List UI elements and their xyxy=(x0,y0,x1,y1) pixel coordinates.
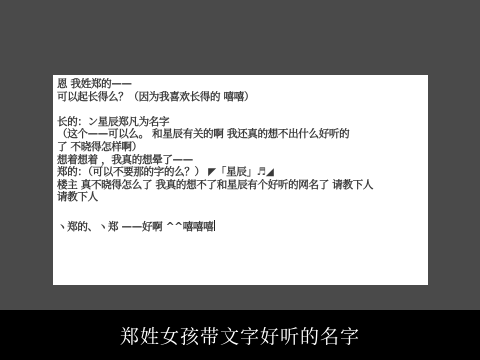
text-line: 了 不晓得怎样啊） xyxy=(57,141,424,154)
text-line: 郑的：（可以不要那的字的么？） ◤「星辰」♬◢ xyxy=(57,166,424,179)
text-line: 楼主 真不晓得怎么了 我真的想不了和星辰有个好听的网名了 请教下人 xyxy=(57,179,424,192)
text-panel: 恩 我姓郑的—— 可以起长得么？（因为我喜欢长得的 嘻嘻） 长的：ン星辰郑凡为名… xyxy=(53,75,428,285)
text-line: 长的：ン星辰郑凡为名字 xyxy=(57,116,424,129)
caption-title: 郑姓女孩带文字好听的名字 xyxy=(120,322,360,349)
caption-bar: 郑姓女孩带文字好听的名字 xyxy=(0,310,480,360)
text-line: ヽ郑的、ヽ郑 ——好啊 ^^嘻嘻嘻 xyxy=(57,221,213,233)
text-line: 请教下人 xyxy=(57,191,424,204)
text-line: 可以起长得么？（因为我喜欢长得的 嘻嘻） xyxy=(57,91,424,104)
text-cursor xyxy=(214,220,215,231)
last-text-line[interactable]: ヽ郑的、ヽ郑 ——好啊 ^^嘻嘻嘻 xyxy=(57,220,424,234)
blank-line xyxy=(57,204,424,220)
text-line: 想着想着 ，我真的想晕了—— xyxy=(57,154,424,167)
blank-line xyxy=(57,103,424,116)
text-line: （这个——可以么。 和星辰有关的啊 我还真的想不出什么好听的 xyxy=(57,128,424,141)
text-line: 恩 我姓郑的—— xyxy=(57,78,424,91)
